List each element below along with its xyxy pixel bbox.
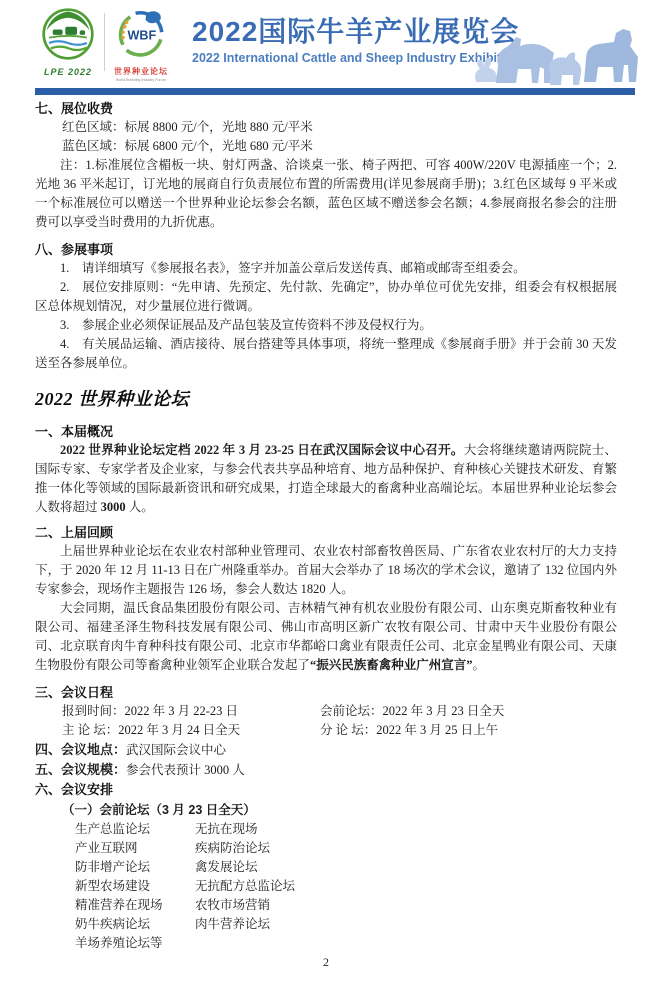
forum-item: 防非增产论坛 [75,858,195,877]
section-6-heading: 六、会议安排 [35,780,617,799]
forum-item: 产业互联网 [75,839,195,858]
forum-item: 禽发展论坛 [195,858,258,877]
wbf-logo-icon: WBF [114,7,168,66]
overview-tail: 人。 [126,500,154,514]
wbf-logo-en-label: World Breeding Industry Forum [116,77,166,82]
exhibit-item-4: 4. 有关展品运输、酒店接待、展台搭建等具体事项，将统一整理成《参展商手册》并于… [35,335,617,373]
section-4-line: 四、会议地点：武汉国际会议中心 [35,740,617,760]
section-4-value: 武汉国际会议中心 [126,743,226,757]
overview-attendees-bold: 3000 [101,500,126,514]
logo-cluster: LPE 2022 WBF [36,7,173,85]
section-5-line: 五、会议规模：参会代表预计 3000 人 [35,760,617,780]
schedule-subforum: 分 论 坛：2022 年 3 月 25 日上午 [320,721,498,740]
forum-item: 无抗配方总监论坛 [195,877,295,896]
forum-row: 新型农场建设无抗配方总监论坛 [35,877,617,896]
overview-lead-bold: 2022 世界种业论坛定档 2022 年 3 月 23-25 日在武汉国际会议中… [60,443,464,457]
wbf-logo: WBF 世界种业论坛 World Breeding Industry Forum [109,7,173,82]
livestock-silhouette-graphic [470,2,640,93]
schedule-checkin: 报到时间：2022 年 3 月 22-23 日 [62,702,320,721]
forum-row: 防非增产论坛禽发展论坛 [35,858,617,877]
forum-item: 羊场养殖论坛等 [75,934,195,953]
section-1-heading: 一、本届概况 [35,422,617,441]
review-paragraph-2: 大会同期，温氏食品集团股份有限公司、吉林精气神有机农业股份有限公司、山东奥克斯畜… [35,599,617,675]
exhibit-item-1: 1. 请详细填写《参展报名表》，签字并加盖公章后发送传真、邮箱或邮寄至组委会。 [35,259,617,278]
schedule-row: 报到时间：2022 年 3 月 22-23 日 会前论坛：2022 年 3 月 … [35,702,617,721]
section-8-heading: 八、参展事项 [35,240,617,259]
forum-item: 奶牛疾病论坛 [75,915,195,934]
forum-item: 肉牛营养论坛 [195,915,270,934]
exhibit-item-3: 3. 参展企业必须保证展品及产品包装及宣传资料不涉及侵权行为。 [35,316,617,335]
preforum-sub-heading: （一）会前论坛（3 月 23 日全天） [62,801,617,820]
schedule-mainforum: 主 论 坛：2022 年 3 月 24 日全天 [62,721,320,740]
booth-fee-blue-line: 蓝色区域：标展 6800 元/个，光地 680 元/平米 [62,137,617,156]
schedule-row: 主 论 坛：2022 年 3 月 24 日全天 分 论 坛：2022 年 3 月… [35,721,617,740]
forum-row: 生产总监论坛无抗在现场 [35,820,617,839]
document-page: LPE 2022 WBF [0,0,652,985]
lpe-logo-icon [41,7,95,66]
forum-item: 农牧市场营销 [195,896,270,915]
section-2-heading: 二、上届回顾 [35,523,617,542]
section-7-heading: 七、展位收费 [35,99,617,118]
section-3-heading: 三、会议日程 [35,683,617,702]
forum-item: 新型农场建设 [75,877,195,896]
forum-item: 精准营养在现场 [75,896,195,915]
forum-row: 羊场养殖论坛等 [35,934,617,953]
wbf-logo-cn-label: 世界种业论坛 [114,66,168,77]
section-5-label: 五、会议规模： [35,762,126,777]
svg-text:WBF: WBF [128,28,157,42]
forum-section-title: 2022 世界种业论坛 [35,387,617,411]
section-4-label: 四、会议地点： [35,742,126,757]
forum-item: 无抗在现场 [195,820,258,839]
exhibit-item-2: 2. 展位安排原则：“先申请、先预定、先付款、先确定”，协办单位可优先安排，组委… [35,278,617,316]
forum-row: 产业互联网疾病防治论坛 [35,839,617,858]
schedule-preforum: 会前论坛：2022 年 3 月 23 日全天 [320,702,504,721]
logo-divider [104,13,105,71]
review-paragraph-1: 上届世界种业论坛在农业农村部种业管理司、农业农村部畜牧兽医局、广东省农业农村厅的… [35,542,617,599]
document-body: 七、展位收费 红色区域：标展 8800 元/个，光地 880 元/平米 蓝色区域… [35,99,617,953]
overview-paragraph: 2022 世界种业论坛定档 2022 年 3 月 23-25 日在武汉国际会议中… [35,441,617,517]
section-5-value: 参会代表预计 3000 人 [126,763,245,777]
forum-item: 疾病防治论坛 [195,839,270,858]
guangzhou-declaration-bold: “振兴民族畜禽种业广州宣言” [310,658,473,672]
page-number: 2 [0,955,652,970]
lpe-logo: LPE 2022 [36,7,100,77]
booth-fee-red-line: 红色区域：标展 8800 元/个，光地 880 元/平米 [62,118,617,137]
lpe-logo-label: LPE 2022 [44,67,92,77]
forum-item: 生产总监论坛 [75,820,195,839]
forum-row: 精准营养在现场农牧市场营销 [35,896,617,915]
page-header: LPE 2022 WBF [0,0,652,96]
header-divider-bar [35,88,635,95]
review-paragraph-2-tail: 。 [473,658,486,672]
booth-fee-note: 注：1.标准展位含楣板一块、射灯两盏、洽谈桌一张、椅子两把、可容 400W/22… [35,156,617,232]
forum-row: 奶牛疾病论坛肉牛营养论坛 [35,915,617,934]
